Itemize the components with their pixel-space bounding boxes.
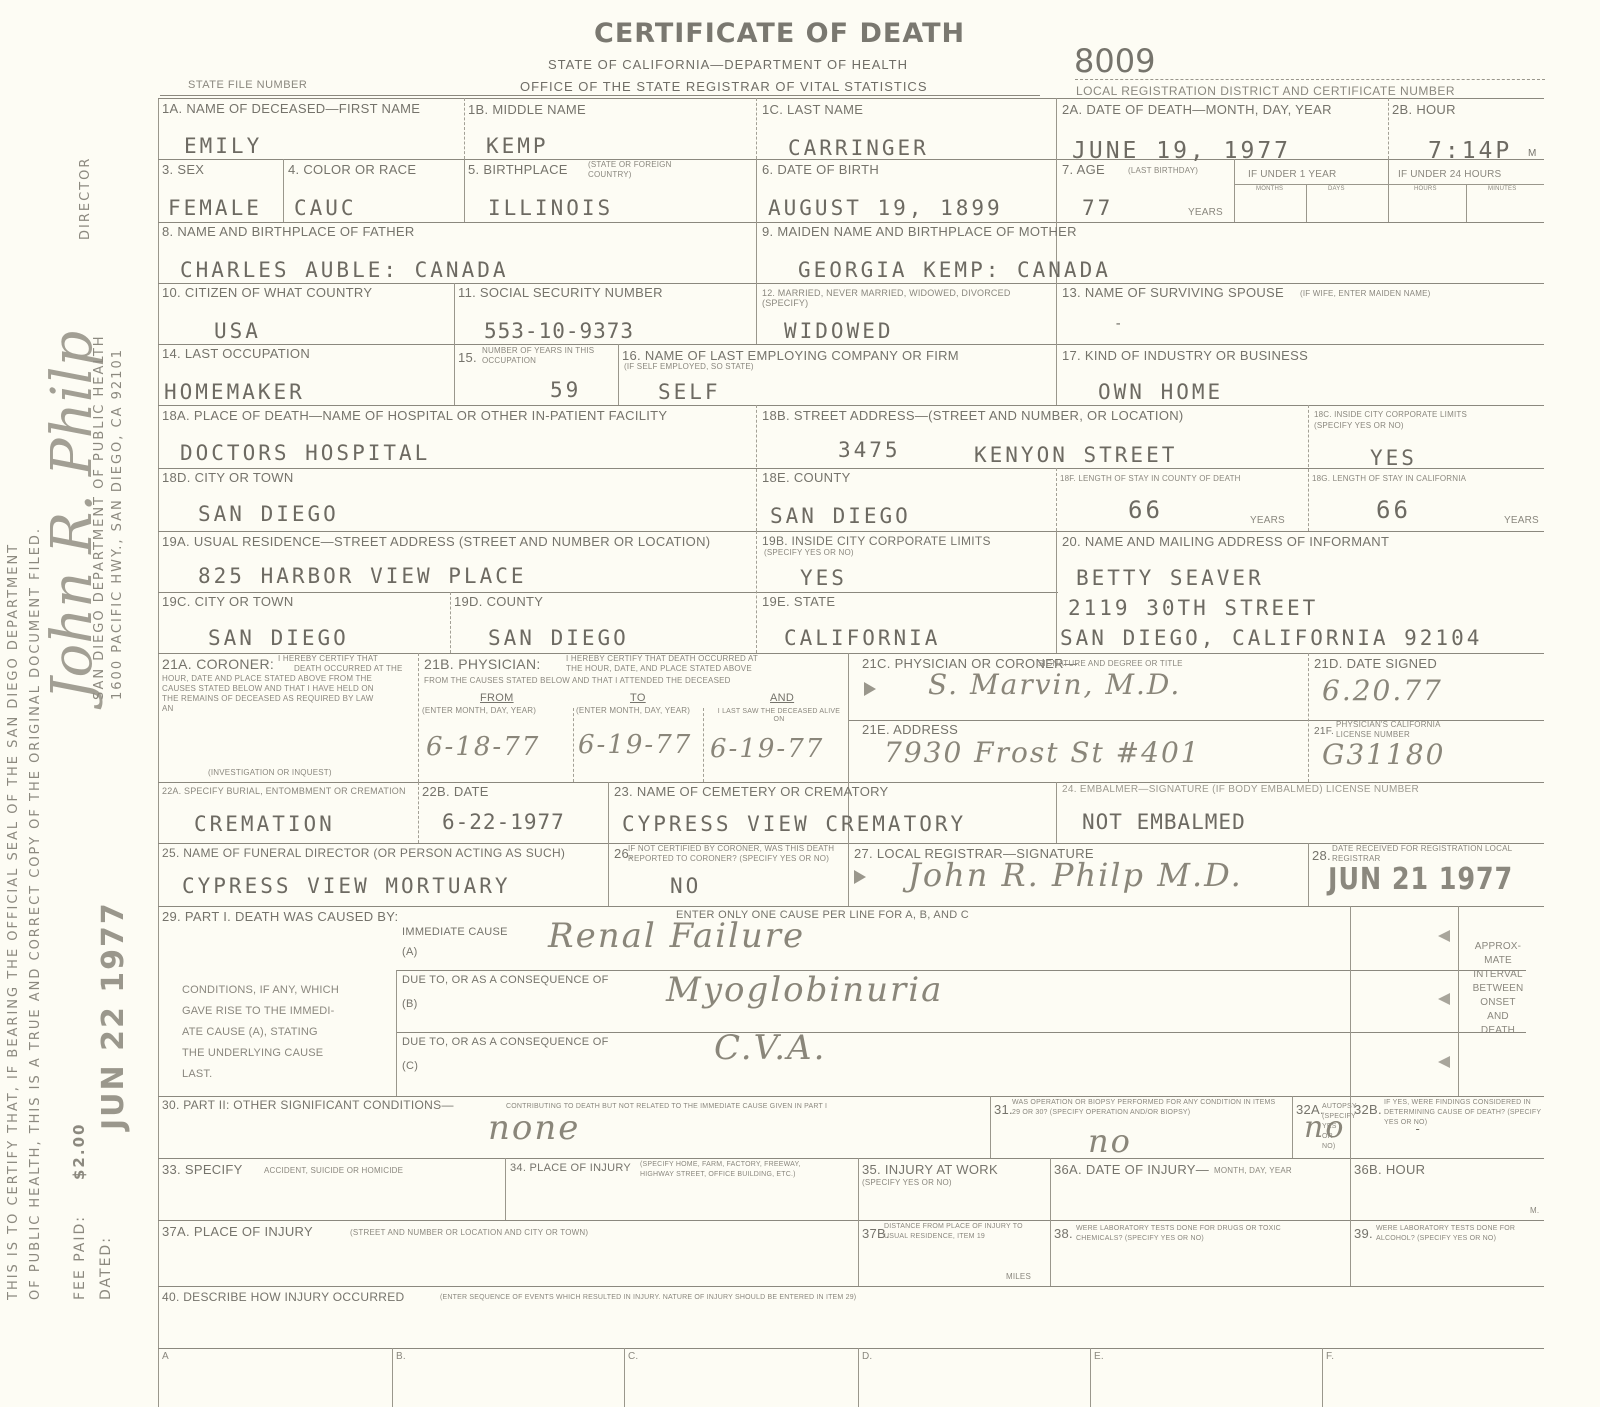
note-16: (IF SELF EMPLOYED, SO STATE) [624,362,754,372]
value-disposition-date: 6-22-1977 [442,810,565,834]
label-38: 38. [1054,1226,1073,1241]
department-line: SAN DIEGO DEPARTMENT OF PUBLIC HEALTH [92,334,107,700]
certificate-title: CERTIFICATE OF DEATH [594,18,965,49]
coroner-text-2: CAUSES STATED BELOW AND THAT I HAVE HELD… [162,684,374,694]
value-place-of-death: DOCTORS HOSPITAL [180,441,430,465]
to-enter-date: (ENTER MONTH, DAY, YEAR) [576,706,690,716]
immediate-cause-label: IMMEDIATE CAUSE [402,926,508,938]
note-15: NUMBER OF YEARS IN THIS OCCUPATION [482,346,602,366]
value-sex: FEMALE [168,196,262,220]
label-2a: 2A. DATE OF DEATH—MONTH, DAY, YEAR [1062,102,1332,117]
note-35: (SPECIFY YES OR NO) [862,1178,952,1188]
value-hour: 7:14P [1428,138,1512,164]
label-13: 13. NAME OF SURVIVING SPOUSE [1062,285,1284,300]
hour-injury-suffix: M. [1530,1206,1539,1216]
note-39: WERE LABORATORY TESTS DONE FOR ALCOHOL? … [1376,1224,1536,1244]
label-20: 20. NAME AND MAILING ADDRESS OF INFORMAN… [1062,534,1389,549]
hours-label: HOURS [1414,184,1437,194]
value-occupation: HOMEMAKER [164,380,305,404]
value-mother: GEORGIA KEMP: CANADA [798,258,1111,282]
stay-county-unit: YEARS [1250,516,1285,526]
label-10: 10. CITIZEN OF WHAT COUNTRY [162,285,372,300]
value-cause-c: C.V.A. [714,1028,826,1068]
label-36a: 36A. DATE OF INJURY— [1054,1162,1209,1177]
due-to-c-label: DUE TO, OR AS A CONSEQUENCE OF [402,1036,609,1048]
label-18f: 18F. LENGTH OF STAY IN COUNTY OF DEATH [1060,474,1241,484]
note-40: (ENTER SEQUENCE OF EVENTS WHICH RESULTED… [440,1293,856,1303]
interval-label: APPROX-MATEINTERVALBETWEENONSETANDDEATH [1468,940,1528,1038]
value-attended-to: 6-19-77 [578,730,692,760]
value-crematory: CYPRESS VIEW CREMATORY [622,812,966,836]
value-death-county: SAN DIEGO [770,504,911,528]
value-cause-b: Myoglobinuria [666,970,943,1010]
label-21f: 21F. [1314,726,1334,737]
value-reported-to-coroner: NO [670,874,701,898]
value-age: 77 [1082,196,1113,220]
value-physician-address: 7930 Frost St #401 [884,736,1201,769]
label-15: 15. [458,350,477,365]
to-label: TO [630,692,646,704]
value-marital-status: WIDOWED [784,319,894,343]
director-title: DIRECTOR [78,157,93,240]
value-residence-inside-city: YES [800,566,847,590]
label-18d: 18D. CITY OR TOWN [162,470,294,485]
from-enter-date: (ENTER MONTH, DAY, YEAR) [422,706,536,716]
label-22b: 22B. DATE [422,784,489,799]
cause-a-label: (A) [402,946,418,958]
label-23: 23. NAME OF CEMETERY OR CREMATORY [614,784,889,799]
value-autopsy: no [1304,1110,1345,1145]
label-21b: 21B. PHYSICIAN: [424,656,541,672]
note-28: DATE RECEIVED FOR REGISTRATION LOCAL REG… [1332,844,1542,864]
note-7: (LAST BIRTHDAY) [1128,166,1198,176]
dated-label: DATED: [98,1236,114,1300]
label-21a: 21A. CORONER: [162,656,274,672]
label-19a: 19A. USUAL RESIDENCE—STREET ADDRESS (STR… [162,534,710,549]
value-death-street: KENYON STREET [974,443,1177,467]
state-file-number-label: STATE FILE NUMBER [188,79,307,91]
coroner-text-1: HOUR, DATE AND PLACE STATED ABOVE FROM T… [162,674,372,684]
note-18c: (SPECIFY YES OR NO) [1314,421,1404,431]
label-5: 5. BIRTHPLACE [468,162,568,177]
label-16: 16. NAME OF LAST EMPLOYING COMPANY OR FI… [622,348,959,363]
value-residence-county: SAN DIEGO [488,626,629,650]
value-cause-a: Renal Failure [548,916,805,956]
hour-meridiem: M [1528,148,1537,159]
value-license-number: G31180 [1322,738,1445,771]
cause-b-label: (B) [402,998,418,1010]
note-37b: DISTANCE FROM PLACE OF INJURY TO USUAL R… [884,1222,1034,1242]
interval-c-arrow-icon [1438,1056,1450,1068]
note-36a: MONTH, DAY, YEAR [1214,1166,1292,1176]
note-21f: PHYSICIAN'S CALIFORNIA LICENSE NUMBER [1336,720,1446,740]
cert-number-rule [1075,79,1545,80]
note-19b: (SPECIFY YES OR NO) [764,548,854,558]
value-informant-street: 2119 30TH STREET [1068,596,1318,620]
dated-stamp: JUN 22 1977 [96,901,131,1130]
label-8: 8. NAME AND BIRTHPLACE OF FATHER [162,224,415,239]
value-residence-state: CALIFORNIA [784,626,940,650]
conditions-text: CONDITIONS, IF ANY, WHICHGAVE RISE TO TH… [182,980,339,1085]
address-line: 1600 PACIFIC HWY., SAN DIEGO, CA 92101 [110,348,125,700]
label-29: 29. PART I. DEATH WAS CAUSED BY: [162,909,398,924]
value-race: CAUC [294,196,357,220]
label-2b: 2B. HOUR [1392,102,1456,117]
due-to-b-label: DUE TO, OR AS A CONSEQUENCE OF [402,974,609,986]
value-stay-california: 66 [1376,496,1411,524]
label-12: 12. MARRIED, NEVER MARRIED, WIDOWED, DIV… [762,288,1052,308]
label-21e: 21E. ADDRESS [862,722,958,737]
note-13: (IF WIFE, ENTER MAIDEN NAME) [1300,289,1431,299]
certification-line-1: THIS IS TO CERTIFY THAT, IF BEARING THE … [6,543,21,1300]
value-last-saw-alive: 6-19-77 [710,734,824,764]
note-31: WAS OPERATION OR BIOPSY PERFORMED FOR AN… [994,1098,1284,1118]
local-certificate-number: 8009 [1074,42,1155,80]
label-14: 14. LAST OCCUPATION [162,346,310,361]
note-34: (SPECIFY HOME, FARM, FACTORY, FREEWAY, H… [510,1160,830,1180]
value-physician-signature: S. Marvin, M.D. [928,668,1181,701]
label-4: 4. COLOR OR RACE [288,162,416,177]
value-last-name: CARRINGER [788,136,929,160]
value-years-occupation: 59 [550,378,581,402]
stay-california-unit: YEARS [1504,516,1539,526]
label-25: 25. NAME OF FUNERAL DIRECTOR (OR PERSON … [162,846,565,860]
note-26: IF NOT CERTIFIED BY CORONER, WAS THIS DE… [628,844,848,864]
value-father: CHARLES AUBLE: CANADA [180,258,509,282]
registrar-box-f: F. [1326,1352,1334,1362]
days-label: DAYS [1328,184,1345,194]
label-40: 40. DESCRIBE HOW INJURY OCCURRED [162,1290,405,1304]
value-funeral-director: CYPRESS VIEW MORTUARY [182,874,511,898]
value-industry: OWN HOME [1098,380,1223,404]
label-22a: 22A. SPECIFY BURIAL, ENTOMBMENT OR CREMA… [162,786,412,797]
label-18a: 18A. PLACE OF DEATH—NAME OF HOSPITAL OR … [162,408,667,423]
label-18b: 18B. STREET ADDRESS—(STREET AND NUMBER, … [762,408,1184,423]
value-date-received-stamp: JUN 21 1977 [1328,862,1513,897]
value-other-conditions: none [488,1108,580,1148]
local-registration-label: LOCAL REGISTRATION DISTRICT AND CERTIFIC… [1076,84,1455,98]
under-24-hours-label: IF UNDER 24 HOURS [1398,170,1501,180]
note-21a-1: I HEREBY CERTIFY THAT [278,654,378,664]
value-embalmer: NOT EMBALMED [1082,810,1246,834]
note-32b: IF YES, WERE FINDINGS CONSIDERED IN DETE… [1354,1098,1542,1128]
value-registrar-signature: John R. Philp M.D. [908,856,1243,894]
value-birthplace: ILLINOIS [488,196,613,220]
fee-paid-value: $2.00 [70,1123,88,1180]
value-death-inside-city: YES [1370,446,1417,470]
signature-arrow-icon [864,682,876,696]
age-unit: YEARS [1188,208,1223,218]
note-21b-1: I HEREBY CERTIFY THAT DEATH OCCURRED AT [566,654,758,664]
label-39: 39. [1354,1226,1373,1241]
value-informant-name: BETTY SEAVER [1076,566,1264,590]
label-19b: 19B. INSIDE CITY CORPORATE LIMITS [762,534,991,548]
note-5: (STATE OR FOREIGN COUNTRY) [588,160,698,180]
coroner-text-3: THE REMAINS OF DECEASED AS REQUIRED BY L… [162,694,374,704]
value-citizenship: USA [214,319,261,343]
value-ssn: 553-10-9373 [484,319,634,343]
label-21d: 21D. DATE SIGNED [1314,656,1437,671]
label-11: 11. SOCIAL SECURITY NUMBER [458,285,663,300]
label-7: 7. AGE [1062,162,1105,177]
label-30: 30. PART II: OTHER SIGNIFICANT CONDITION… [162,1098,454,1112]
coroner-footer: (INVESTIGATION OR INQUEST) [208,768,332,778]
physician-text: FROM THE CAUSES STATED BELOW AND THAT I … [424,676,731,686]
coroner-text-4: AN [162,704,174,714]
registrar-box-e: E. [1094,1352,1104,1362]
label-1a: 1A. NAME OF DECEASED—FIRST NAME [162,101,420,116]
months-label: MONTHS [1256,184,1283,194]
header-rule [160,95,1040,96]
label-36b: 36B. HOUR [1354,1162,1425,1177]
label-18e: 18E. COUNTY [762,470,851,485]
value-stay-county: 66 [1128,496,1163,524]
and-label: AND [770,692,794,704]
fee-paid-label: FEE PAID: [72,1215,88,1300]
value-disposition: CREMATION [194,812,335,836]
registrar-box-d: D. [862,1352,872,1362]
label-28: 28. [1312,848,1331,863]
note-38: WERE LABORATORY TESTS DONE FOR DRUGS OR … [1076,1224,1326,1244]
value-findings: - [1414,1122,1424,1136]
note-21b-2: THE HOUR, DATE, AND PLACE STATED ABOVE [566,664,752,674]
label-18c: 18C. INSIDE CITY CORPORATE LIMITS [1314,410,1467,420]
label-24: 24. EMBALMER—SIGNATURE (IF BODY EMBALMED… [1062,784,1419,795]
label-1b: 1B. MIDDLE NAME [468,102,586,117]
office-name: OFFICE OF THE STATE REGISTRAR OF VITAL S… [520,79,928,94]
under-1-year-label: IF UNDER 1 YEAR [1248,170,1336,180]
label-6: 6. DATE OF BIRTH [762,162,879,177]
value-spouse: - [1114,316,1125,332]
label-19c: 19C. CITY OR TOWN [162,594,294,609]
minutes-label: MINUTES [1488,184,1516,194]
label-9: 9. MAIDEN NAME AND BIRTHPLACE OF MOTHER [762,224,1077,239]
value-residence-street: 825 HARBOR VIEW PLACE [198,564,527,588]
value-date-of-birth: AUGUST 19, 1899 [768,196,1003,220]
value-informant-city: SAN DIEGO, CALIFORNIA 92104 [1060,626,1482,650]
label-33: 33. SPECIFY [162,1162,243,1177]
value-employer: SELF [658,380,721,404]
interval-b-arrow-icon [1438,993,1450,1005]
agency-name: STATE OF CALIFORNIA—DEPARTMENT OF HEALTH [548,57,908,72]
value-death-street-number: 3475 [838,438,901,462]
registrar-box-b: B. [396,1352,406,1362]
label-3: 3. SEX [162,162,204,177]
value-date-of-death: JUNE 19, 1977 [1072,138,1291,164]
miles-unit: MILES [1006,1272,1031,1282]
registrar-box-a: A [162,1352,169,1362]
label-18g: 18G. LENGTH OF STAY IN CALIFORNIA [1312,474,1466,484]
from-label: FROM [480,692,514,704]
registrar-box-c: C. [628,1352,638,1362]
label-37a: 37A. PLACE OF INJURY [162,1224,313,1239]
cause-c-label: (C) [402,1060,418,1072]
label-1c: 1C. LAST NAME [762,102,863,117]
label-19e: 19E. STATE [762,594,835,609]
value-attended-from: 6-18-77 [426,732,540,762]
value-operation: no [1088,1122,1132,1160]
label-35: 35. INJURY AT WORK [862,1162,998,1177]
value-death-city: SAN DIEGO [198,502,339,526]
value-date-signed: 6.20.77 [1322,674,1443,707]
value-residence-city: SAN DIEGO [208,626,349,650]
certificate-form: 1A. NAME OF DECEASED—FIRST NAME EMILY 1B… [158,98,1544,1407]
note-37a: (STREET AND NUMBER OR LOCATION AND CITY … [350,1228,588,1238]
value-first-name: EMILY [184,134,262,158]
note-21a-2: DEATH OCCURRED AT THE [294,664,403,674]
note-33: ACCIDENT, SUICIDE OR HOMICIDE [264,1166,403,1176]
last-saw-label: I LAST SAW THE DECEASED ALIVE ON [714,708,844,724]
interval-a-arrow-icon [1438,930,1450,942]
value-middle-name: KEMP [486,134,549,158]
label-17: 17. KIND OF INDUSTRY OR BUSINESS [1062,348,1308,363]
registrar-arrow-icon [854,870,866,884]
label-19d: 19D. COUNTY [454,594,543,609]
